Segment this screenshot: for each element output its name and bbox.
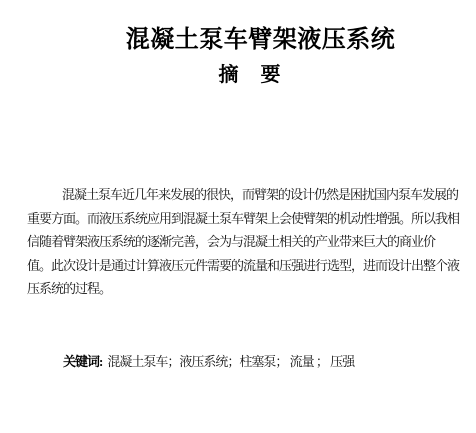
- keywords-text: 混凝土泵车；液压系统；柱塞泵； 流量 ； 压强: [107, 354, 354, 369]
- abstract-line: 值。此次设计是通过计算液压元件需要的流量和压强进行选型，进而设计出整个液: [27, 254, 467, 278]
- keywords-line: 关键词:混凝土泵车；液压系统；柱塞泵； 流量 ； 压强: [63, 350, 354, 374]
- abstract-heading: 摘 要: [0, 58, 476, 87]
- abstract-line: 信随着臂架液压系统的逐渐完善，会为与混凝土相关的产业带来巨大的商业价: [27, 230, 467, 254]
- abstract-line: 混凝土泵车近几年来发展的很快，而臂架的设计仍然是困扰国内泵车发展的: [27, 183, 467, 207]
- abstract-line: 压系统的过程。: [27, 277, 467, 301]
- document-title: 混凝土泵车臂架液压系统: [0, 19, 476, 54]
- document-page: 混凝土泵车臂架液压系统 摘 要 混凝土泵车近几年来发展的很快，而臂架的设计仍然是…: [0, 0, 476, 433]
- abstract-paragraph: 混凝土泵车近几年来发展的很快，而臂架的设计仍然是困扰国内泵车发展的 重要方面。而…: [27, 183, 467, 301]
- abstract-line: 重要方面。而液压系统应用到混凝土泵车臂架上会使臂架的机动性增强。所以我相: [27, 207, 467, 231]
- keywords-label: 关键词:: [63, 354, 102, 369]
